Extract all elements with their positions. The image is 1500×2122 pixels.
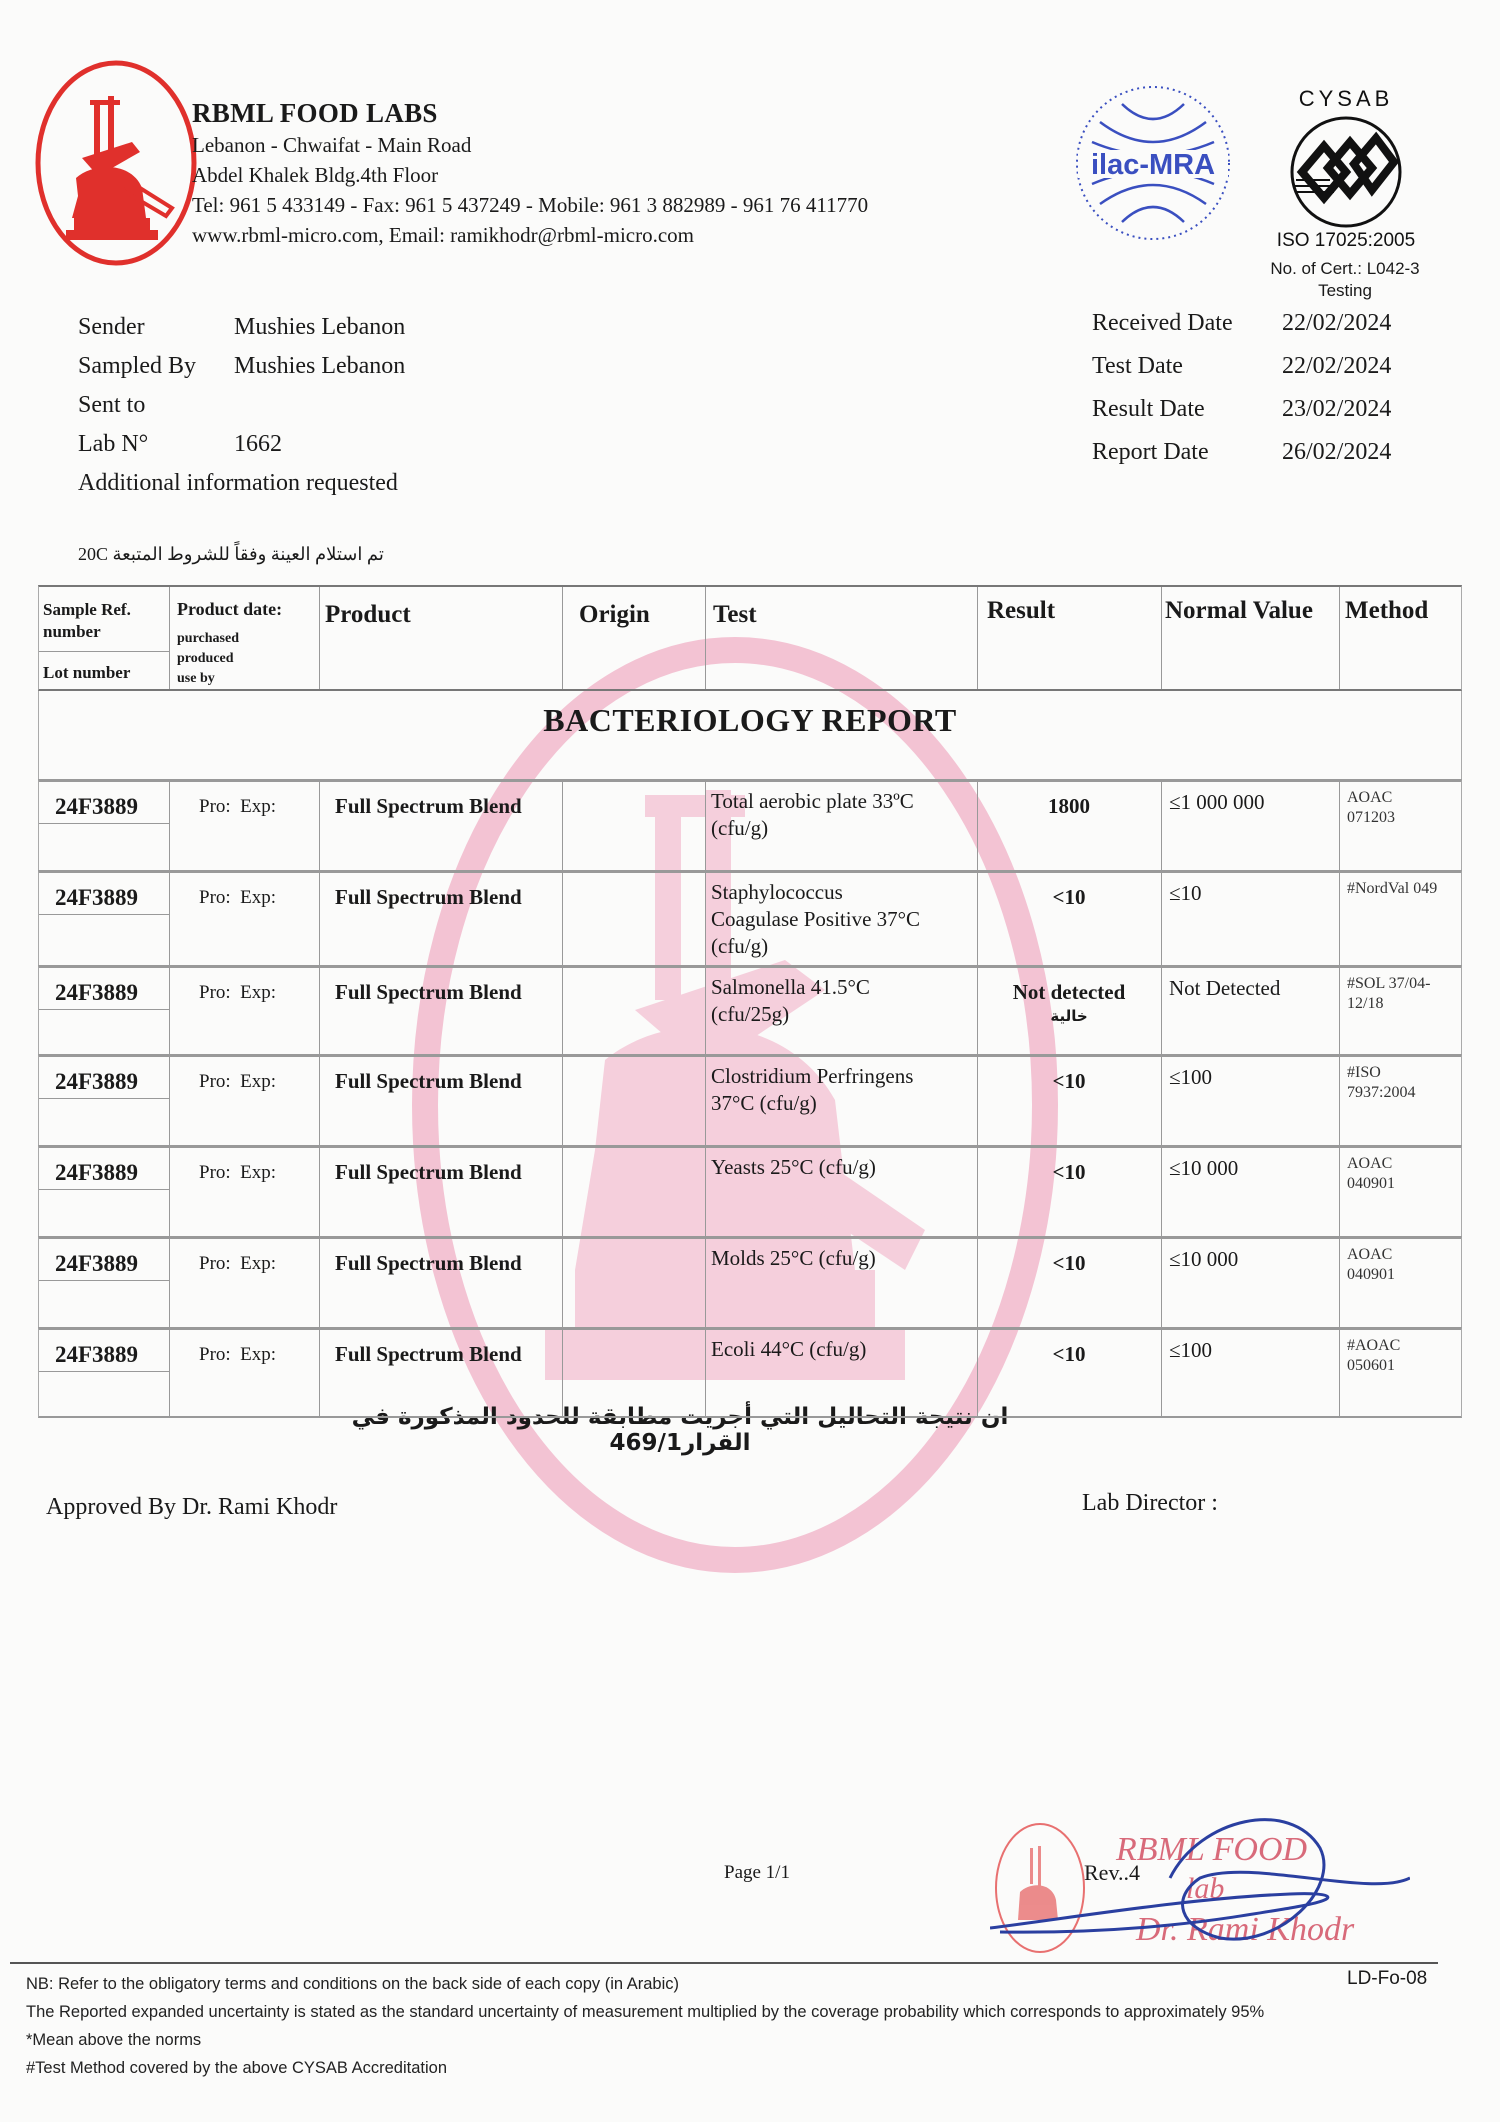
method-line: #NordVal 049 xyxy=(1347,879,1437,899)
product-name: Full Spectrum Blend xyxy=(335,1160,522,1185)
footer-note-accreditation: #Test Method covered by the above CYSAB … xyxy=(26,2054,1264,2082)
company-name: RBML FOOD LABS xyxy=(192,96,868,130)
method-line: AOAC xyxy=(1347,788,1395,808)
web-email-line[interactable]: www.rbml-micro.com, Email: ramikhodr@rbm… xyxy=(192,220,868,250)
report-title: BACTERIOLOGY REPORT xyxy=(38,691,1462,779)
result-text: <10 xyxy=(977,885,1161,909)
method: AOAC071203 xyxy=(1347,788,1395,828)
product-dates: Pro: Exp: xyxy=(199,1071,276,1093)
result-value: <10 xyxy=(977,1251,1161,1275)
result-value: <10 xyxy=(977,1342,1161,1366)
table-header: Sample Ref. number Lot number Product da… xyxy=(38,585,1462,691)
table-row: 24F3889Pro: Exp:Full Spectrum BlendSalmo… xyxy=(38,965,1462,1054)
product-dates: Pro: Exp: xyxy=(199,1344,276,1366)
result-text: <10 xyxy=(977,1160,1161,1184)
method-line: 040901 xyxy=(1347,1174,1395,1194)
method-line: #ISO xyxy=(1347,1063,1415,1083)
sample-ref: 24F3889 xyxy=(39,1148,169,1190)
product-name: Full Spectrum Blend xyxy=(335,1069,522,1094)
cert-scope: Testing xyxy=(1250,280,1440,302)
company-info: RBML FOOD LABS Lebanon - Chwaifat - Main… xyxy=(192,96,868,250)
test-date: Test Date22/02/2024 xyxy=(1092,345,1391,388)
test-name-line: (cfu/g) xyxy=(711,815,914,842)
normal-value: Not Detected xyxy=(1169,976,1280,1001)
product-dates: Pro: Exp: xyxy=(199,1253,276,1275)
result-date: Result Date23/02/2024 xyxy=(1092,388,1391,431)
header-product-date-produced: produced xyxy=(177,651,234,667)
test-name: Molds 25°C (cfu/g) xyxy=(711,1245,876,1272)
sample-ref: 24F3889 xyxy=(39,873,169,915)
result-text: <10 xyxy=(977,1251,1161,1275)
results-table: Sample Ref. number Lot number Product da… xyxy=(38,585,1462,1418)
sample-ref: 24F3889 xyxy=(39,1330,169,1372)
info-sent-to: Sent to xyxy=(78,386,405,425)
method-line: AOAC xyxy=(1347,1154,1395,1174)
method-line: 071203 xyxy=(1347,808,1395,828)
result-text: <10 xyxy=(977,1342,1161,1366)
table-row: 24F3889Pro: Exp:Full Spectrum BlendMolds… xyxy=(38,1236,1462,1327)
table-row: 24F3889Pro: Exp:Full Spectrum BlendEcoli… xyxy=(38,1327,1462,1418)
product-name: Full Spectrum Blend xyxy=(335,1251,522,1276)
sample-receipt-note: تم استلام العينة وفقاً للشروط المتبعة 20… xyxy=(78,544,384,565)
test-name: Salmonella 41.5°C(cfu/25g) xyxy=(711,974,870,1028)
product-name: Full Spectrum Blend xyxy=(335,1342,522,1367)
method-line: #SOL 37/04- xyxy=(1347,974,1430,994)
header-normal-value: Normal Value xyxy=(1165,597,1313,625)
table-row: 24F3889Pro: Exp:Full Spectrum BlendYeast… xyxy=(38,1145,1462,1236)
result-value: <10 xyxy=(977,885,1161,909)
cysab-iso-logo: CYSAB ISO 17025:2005 xyxy=(1272,80,1420,258)
revision-label: Rev..4 xyxy=(1084,1860,1140,1886)
method: #NordVal 049 xyxy=(1347,879,1437,899)
footer-note-uncertainty: The Reported expanded uncertainty is sta… xyxy=(26,1998,1264,2026)
sample-ref: 24F3889 xyxy=(39,1057,169,1099)
table-row: 24F3889Pro: Exp:Full Spectrum BlendStaph… xyxy=(38,870,1462,965)
test-name: Yeasts 25°C (cfu/g) xyxy=(711,1154,876,1181)
address-line-2: Abdel Khalek Bldg.4th Floor xyxy=(192,160,868,190)
svg-text:CYSAB: CYSAB xyxy=(1299,86,1394,111)
lab-logo xyxy=(32,58,200,268)
contact-line: Tel: 961 5 433149 - Fax: 961 5 437249 - … xyxy=(192,190,868,220)
info-additional: Additional information requested xyxy=(78,464,405,503)
method-line: 050601 xyxy=(1347,1356,1400,1376)
header-product: Product xyxy=(325,601,411,629)
table-row: 24F3889Pro: Exp:Full Spectrum BlendClost… xyxy=(38,1054,1462,1145)
method: #SOL 37/04-12/18 xyxy=(1347,974,1430,1014)
sample-info: SenderMushies Lebanon Sampled ByMushies … xyxy=(78,308,405,503)
cert-number: No. of Cert.: L042-3 xyxy=(1250,258,1440,280)
method-line: AOAC xyxy=(1347,1245,1395,1265)
report-date: Report Date26/02/2024 xyxy=(1092,431,1391,474)
product-name: Full Spectrum Blend xyxy=(335,980,522,1005)
header-origin: Origin xyxy=(579,601,650,629)
method: #ISO7937:2004 xyxy=(1347,1063,1415,1103)
header-result: Result xyxy=(987,597,1055,625)
normal-value: ≤10 xyxy=(1169,881,1202,906)
normal-value: ≤10 000 xyxy=(1169,1247,1238,1272)
result-value: <10 xyxy=(977,1160,1161,1184)
product-name: Full Spectrum Blend xyxy=(335,885,522,910)
method: #AOAC050601 xyxy=(1347,1336,1400,1376)
lab-director-label: Lab Director : xyxy=(1082,1490,1218,1517)
header-method: Method xyxy=(1345,597,1428,625)
lab-stamp-signature: RBML FOOD lab Dr. Rami Khodr xyxy=(990,1808,1410,1958)
product-dates: Pro: Exp: xyxy=(199,887,276,909)
address-line-1: Lebanon - Chwaifat - Main Road xyxy=(192,130,868,160)
received-date: Received Date22/02/2024 xyxy=(1092,302,1391,345)
result-text: <10 xyxy=(977,1069,1161,1093)
page-number: Page 1/1 xyxy=(724,1862,790,1884)
result-text: 1800 xyxy=(977,794,1161,818)
header-lot-number: Lot number xyxy=(43,663,130,683)
sample-ref: 24F3889 xyxy=(39,968,169,1010)
test-name: StaphylococcusCoagulase Positive 37°C(cf… xyxy=(711,879,920,960)
ilac-mra-logo: ilac-MRA xyxy=(1072,82,1234,244)
svg-text:ISO 17025:2005: ISO 17025:2005 xyxy=(1277,230,1415,251)
test-name-line: Salmonella 41.5°C xyxy=(711,974,870,1001)
certificate-info: No. of Cert.: L042-3 Testing xyxy=(1250,258,1440,302)
sample-ref: 24F3889 xyxy=(39,1239,169,1281)
header-test: Test xyxy=(713,601,757,629)
result-value: <10 xyxy=(977,1069,1161,1093)
method-line: 040901 xyxy=(1347,1265,1395,1285)
form-code: LD-Fo-08 xyxy=(1347,1968,1427,1990)
product-name: Full Spectrum Blend xyxy=(335,794,522,819)
product-dates: Pro: Exp: xyxy=(199,796,276,818)
header-product-date-purchased: purchased xyxy=(177,631,239,647)
test-name-line: 37°C (cfu/g) xyxy=(711,1090,913,1117)
dates-info: Received Date22/02/2024 Test Date22/02/2… xyxy=(1092,302,1391,474)
method: AOAC040901 xyxy=(1347,1154,1395,1194)
normal-value: ≤100 xyxy=(1169,1065,1212,1090)
method-line: 12/18 xyxy=(1347,994,1430,1014)
product-dates: Pro: Exp: xyxy=(199,982,276,1004)
footer-notes: NB: Refer to the obligatory terms and co… xyxy=(26,1970,1264,2082)
test-name-line: Ecoli 44°C (cfu/g) xyxy=(711,1336,866,1363)
table-body: 24F3889Pro: Exp:Full Spectrum BlendTotal… xyxy=(38,779,1462,1418)
result-text: Not detected xyxy=(977,980,1161,1004)
header-sample-ref: Sample Ref. number xyxy=(43,599,163,643)
header-product-date: Product date: xyxy=(177,599,282,620)
product-dates: Pro: Exp: xyxy=(199,1162,276,1184)
footer-note-norms: *Mean above the norms xyxy=(26,2026,1264,2054)
header-product-date-use-by: use by xyxy=(177,671,215,687)
test-name-line: Clostridium Perfringens xyxy=(711,1063,913,1090)
method-line: #AOAC xyxy=(1347,1336,1400,1356)
result-value: 1800 xyxy=(977,794,1161,818)
test-name: Total aerobic plate 33ºC(cfu/g) xyxy=(711,788,914,842)
info-sampled-by: Sampled ByMushies Lebanon xyxy=(78,347,405,386)
sample-ref: 24F3889 xyxy=(39,782,169,824)
test-name-line: (cfu/g) xyxy=(711,933,920,960)
test-name: Ecoli 44°C (cfu/g) xyxy=(711,1336,866,1363)
footer-divider xyxy=(10,1962,1438,1964)
test-name-line: Staphylococcus xyxy=(711,879,920,906)
test-name-line: Molds 25°C (cfu/g) xyxy=(711,1245,876,1272)
approved-by: Approved By Dr. Rami Khodr xyxy=(46,1494,337,1521)
normal-value: ≤10 000 xyxy=(1169,1156,1238,1181)
test-name-line: Total aerobic plate 33ºC xyxy=(711,788,914,815)
method-line: 7937:2004 xyxy=(1347,1083,1415,1103)
info-sender: SenderMushies Lebanon xyxy=(78,308,405,347)
method: AOAC040901 xyxy=(1347,1245,1395,1285)
table-row: 24F3889Pro: Exp:Full Spectrum BlendTotal… xyxy=(38,779,1462,870)
normal-value: ≤1 000 000 xyxy=(1169,790,1265,815)
footer-note-terms: NB: Refer to the obligatory terms and co… xyxy=(26,1970,1264,1998)
info-lab-number: Lab N°1662 xyxy=(78,425,405,464)
test-name-line: Yeasts 25°C (cfu/g) xyxy=(711,1154,876,1181)
normal-value: ≤100 xyxy=(1169,1338,1212,1363)
test-name: Clostridium Perfringens37°C (cfu/g) xyxy=(711,1063,913,1117)
result-value: Not detectedخالية xyxy=(977,980,1161,1028)
test-name-line: (cfu/25g) xyxy=(711,1001,870,1028)
result-arabic: خالية xyxy=(977,1004,1161,1028)
svg-text:ilac-MRA: ilac-MRA xyxy=(1091,149,1215,181)
test-name-line: Coagulase Positive 37°C xyxy=(711,906,920,933)
